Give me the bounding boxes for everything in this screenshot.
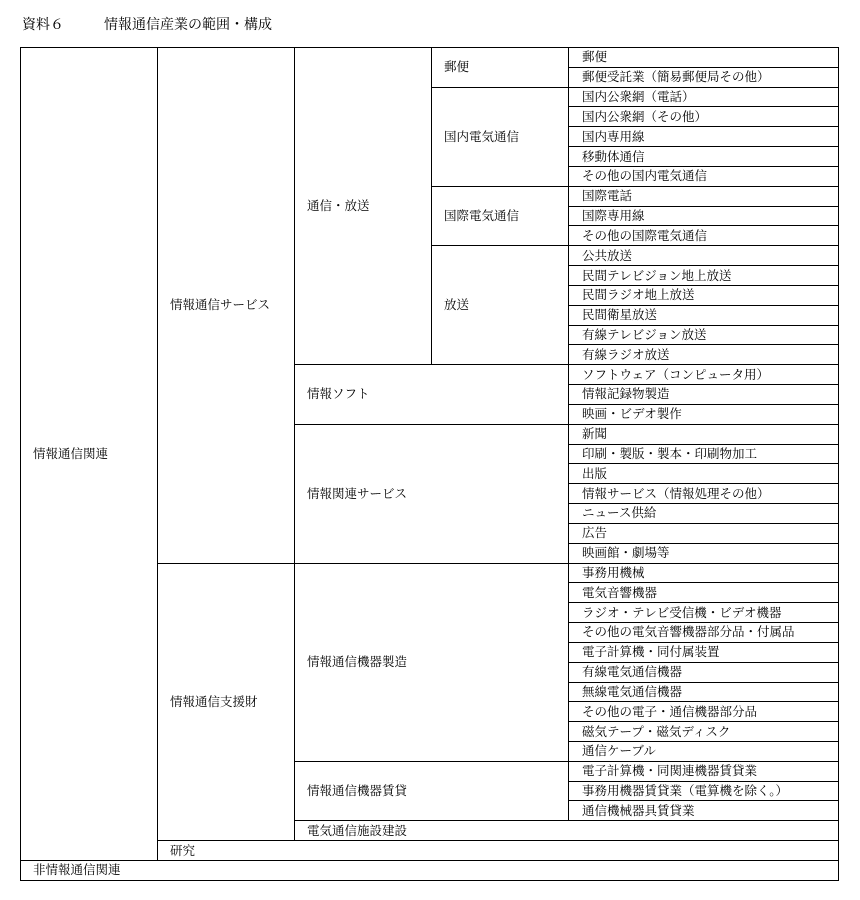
leaf-item: 出版 [569,464,839,484]
leaf-item: 有線電気通信機器 [569,662,839,682]
leaf-item: 電子計算機・同付属装置 [569,642,839,662]
document-title: 資料６情報通信産業の範囲・構成 [22,14,272,34]
leaf-item: その他の国際電気通信 [569,226,839,246]
leaf-item: 印刷・製版・製本・印刷物加工 [569,444,839,464]
category-equipment-mfg: 情報通信機器製造 [295,563,569,761]
leaf-item: その他の電気音響機器部分品・付属品 [569,623,839,643]
document-number: 資料６ [22,17,64,33]
leaf-item: ソフトウェア（コンピュータ用） [569,365,839,385]
leaf-item: ラジオ・テレビ受信機・ビデオ機器 [569,603,839,623]
category-non-info-comm-related: 非情報通信関連 [21,860,839,880]
leaf-item: 国内公衆網（電話） [569,87,839,107]
leaf-item: 映画・ビデオ製作 [569,404,839,424]
category-broadcast: 放送 [432,246,569,365]
leaf-item: 広告 [569,523,839,543]
leaf-item: 有線テレビジョン放送 [569,325,839,345]
leaf-item: 新聞 [569,424,839,444]
category-info-related-services: 情報関連サービス [295,424,569,563]
leaf-item: 有線ラジオ放送 [569,345,839,365]
category-info-soft: 情報ソフト [295,365,569,424]
leaf-item: 国内専用線 [569,127,839,147]
category-research: 研究 [158,841,839,861]
category-domestic-telecom: 国内電気通信 [432,87,569,186]
leaf-item: 郵便受託業（簡易郵便局その他） [569,67,839,87]
leaf-item: その他の国内電気通信 [569,166,839,186]
industry-structure-table: 情報通信関連 情報通信サービス 通信・放送 郵便 郵便 郵便受託業（簡易郵便局そ… [20,47,839,881]
leaf-item: 電気音響機器 [569,583,839,603]
leaf-item: 情報記録物製造 [569,385,839,405]
category-telecom-broadcast: 通信・放送 [295,48,432,365]
leaf-item: 国際電話 [569,186,839,206]
leaf-item: 国内公衆網（その他） [569,107,839,127]
category-postal: 郵便 [432,48,569,88]
leaf-item: 民間ラジオ地上放送 [569,285,839,305]
leaf-item: 磁気テープ・磁気ディスク [569,722,839,742]
leaf-item: 無線電気通信機器 [569,682,839,702]
leaf-item: 通信ケーブル [569,741,839,761]
leaf-item: その他の電子・通信機器部分品 [569,702,839,722]
category-info-comm-related: 情報通信関連 [21,48,158,861]
category-telecom-construction: 電気通信施設建設 [295,821,839,841]
leaf-item: ニュース供給 [569,504,839,524]
leaf-item: 国際専用線 [569,206,839,226]
leaf-item: 電子計算機・同関連機器賃貸業 [569,761,839,781]
leaf-item: 通信機械器具賃貸業 [569,801,839,821]
category-info-comm-services: 情報通信サービス [158,48,295,564]
leaf-item: 民間テレビジョン地上放送 [569,266,839,286]
category-international-telecom: 国際電気通信 [432,186,569,245]
leaf-item: 移動体通信 [569,147,839,167]
category-equipment-rental: 情報通信機器賃貸 [295,761,569,820]
leaf-item: 郵便 [569,48,839,68]
leaf-item: 映画館・劇場等 [569,543,839,563]
leaf-item: 事務用機器賃貸業（電算機を除く。） [569,781,839,801]
document-heading: 情報通信産業の範囲・構成 [104,17,272,33]
leaf-item: 情報サービス（情報処理その他） [569,484,839,504]
leaf-item: 公共放送 [569,246,839,266]
leaf-item: 民間衛星放送 [569,305,839,325]
leaf-item: 事務用機械 [569,563,839,583]
category-info-comm-support: 情報通信支援財 [158,563,295,841]
